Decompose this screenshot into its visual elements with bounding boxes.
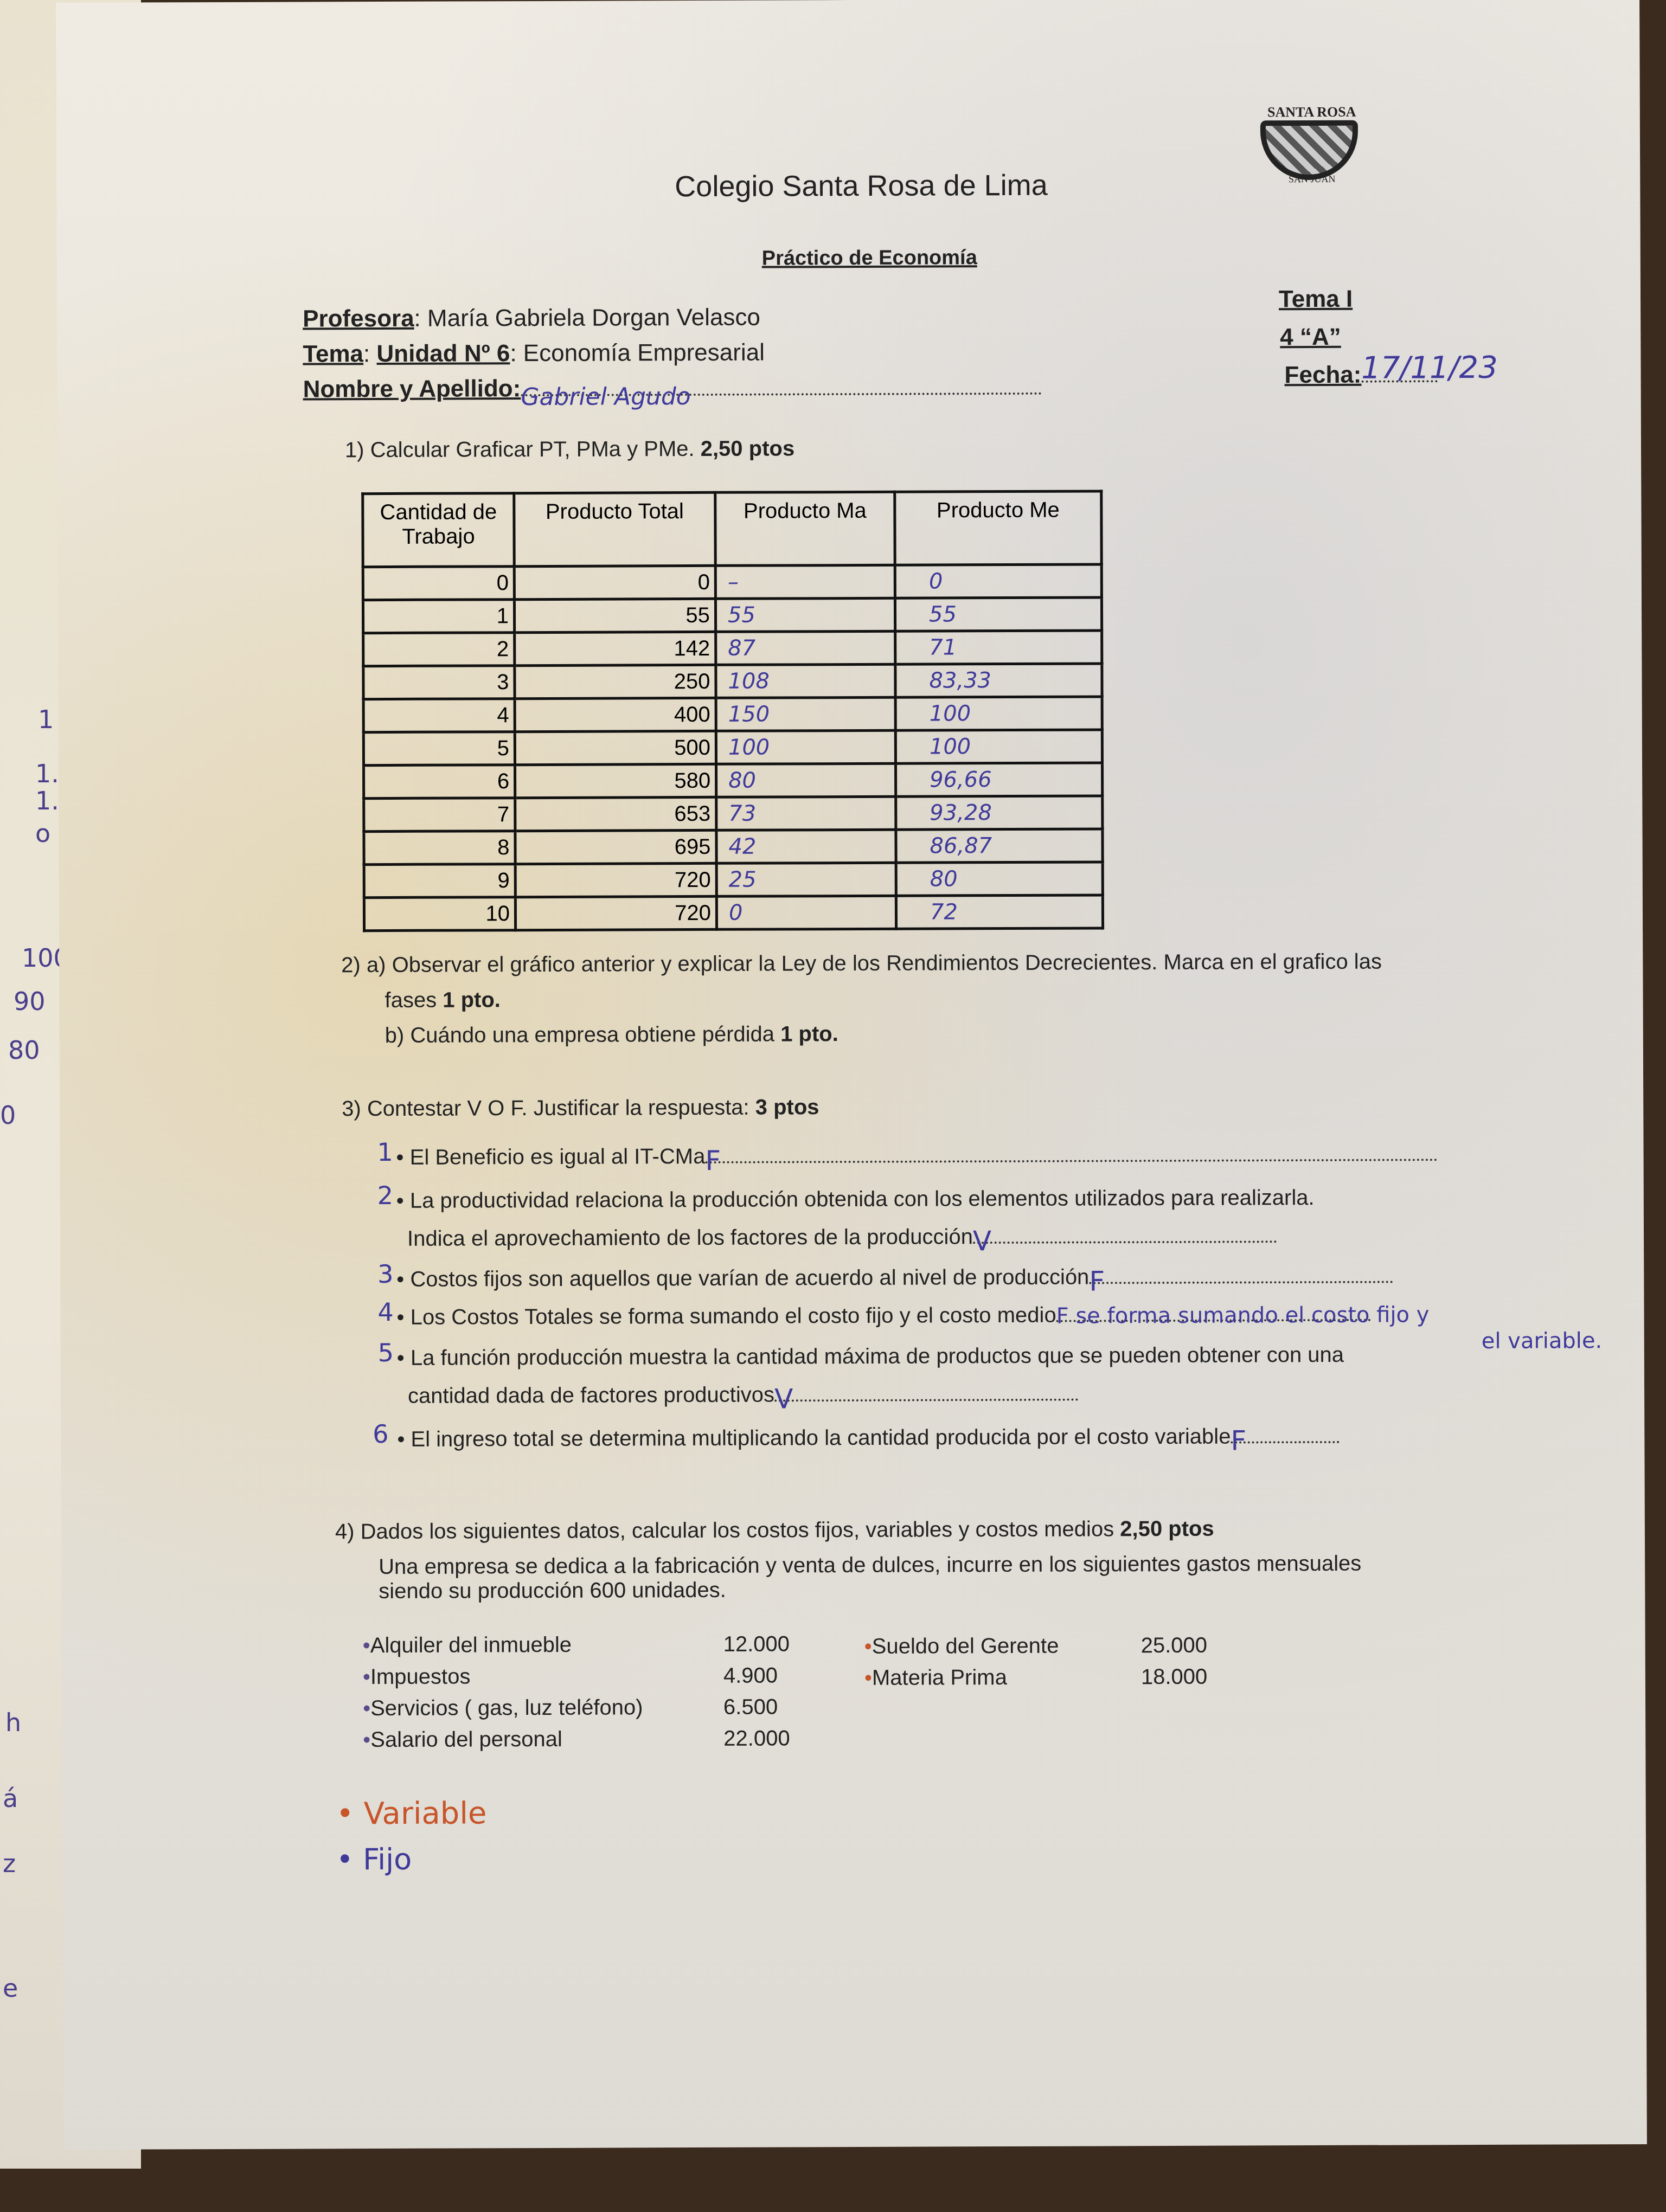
expense-label: •Sueldo del Gerente bbox=[864, 1634, 1059, 1659]
tf-statement-cont: cantidad dada de factores productivosV bbox=[408, 1382, 1078, 1409]
bullet-icon: • bbox=[363, 1696, 370, 1720]
pma-cell: 100 bbox=[716, 730, 895, 764]
margin-note: 1. bbox=[35, 786, 59, 815]
table-row: 21428771 bbox=[363, 631, 1102, 666]
margin-note: 1. bbox=[35, 759, 59, 788]
tema-label: Tema I bbox=[1279, 286, 1353, 313]
teacher-line: Profesora: María Gabriela Dorgan Velasco bbox=[303, 304, 760, 333]
expense-name: Sueldo del Gerente bbox=[872, 1634, 1059, 1658]
q2b: b) Cuándo una empresa obtiene pérdida 1 … bbox=[385, 1022, 838, 1048]
expense-value: 6.500 bbox=[723, 1695, 778, 1719]
margin-note: 1 bbox=[38, 705, 54, 734]
q2b-points: 1 pto. bbox=[780, 1022, 838, 1046]
pt-cell: 500 bbox=[515, 731, 716, 764]
pme-cell: 83,33 bbox=[895, 664, 1102, 697]
margin-note: 90 bbox=[14, 987, 46, 1016]
statement-text: • Los Costos Totales se forma sumando el… bbox=[396, 1303, 1056, 1329]
expense-value: 22.000 bbox=[723, 1726, 790, 1751]
expense-label: •Salario del personal bbox=[363, 1727, 562, 1752]
date-label: Fecha: bbox=[1284, 362, 1361, 388]
statement-text: • El Beneficio es igual al IT-CMa bbox=[396, 1144, 705, 1169]
logo-bottom-text: SAN JUAN bbox=[1271, 173, 1353, 185]
item-number: 6 bbox=[373, 1419, 388, 1449]
table-header-row: Cantidad de Trabajo Producto Total Produ… bbox=[363, 491, 1101, 567]
table-row: 4400150100 bbox=[363, 697, 1102, 732]
pma-cell: 42 bbox=[716, 829, 896, 863]
tf-statement: • El ingreso total se determina multipli… bbox=[397, 1424, 1339, 1452]
labor-cell: 0 bbox=[363, 567, 514, 600]
tf-statement: • La productividad relaciona la producci… bbox=[396, 1186, 1315, 1213]
table-row: 00–0 bbox=[363, 564, 1101, 600]
answer-field[interactable]: F bbox=[705, 1159, 1437, 1163]
q4-line3: siendo su producción 600 unidades. bbox=[379, 1578, 726, 1604]
teacher-name: : María Gabriela Dorgan Velasco bbox=[414, 304, 760, 332]
pt-cell: 400 bbox=[515, 698, 716, 731]
pma-cell: 108 bbox=[716, 664, 895, 698]
pme-cell: 0 bbox=[895, 564, 1101, 598]
date-field[interactable]: 17/11/23 bbox=[1361, 380, 1437, 382]
answer-value: F bbox=[1231, 1425, 1246, 1456]
col-header-pma: Producto Ma bbox=[715, 492, 895, 565]
tf-statement-cont: Indica el aprovechamiento de los factore… bbox=[407, 1224, 1277, 1251]
answer-field[interactable]: V bbox=[774, 1399, 1078, 1402]
logo-top-text: SANTA ROSA bbox=[1249, 104, 1374, 121]
pma-cell: 73 bbox=[716, 796, 896, 830]
margin-note: 80 bbox=[8, 1036, 40, 1065]
expense-name: Servicios ( gas, luz teléfono) bbox=[370, 1695, 643, 1720]
pma-cell: 87 bbox=[716, 631, 895, 665]
table-row: 325010883,33 bbox=[363, 664, 1102, 699]
q2a-points: 1 pto. bbox=[443, 988, 501, 1012]
q3-items: 1• El Beneficio es igual al IT-CMaF2• La… bbox=[56, 0, 1639, 3]
tf-statement: • La función producción muestra la canti… bbox=[397, 1343, 1344, 1371]
q3-title: 3) Contestar V O F. Justificar la respue… bbox=[342, 1095, 819, 1121]
q2b-text: b) Cuándo una empresa obtiene pérdida bbox=[385, 1022, 774, 1047]
pt-cell: 720 bbox=[515, 896, 716, 930]
table-row: 5500100100 bbox=[363, 730, 1102, 766]
tf-statement: • El Beneficio es igual al IT-CMaF bbox=[396, 1142, 1437, 1170]
q4-text: 4) Dados los siguientes datos, calcular … bbox=[335, 1517, 1114, 1544]
answer-value: F bbox=[1089, 1265, 1105, 1297]
col-header-labor: Cantidad de Trabajo bbox=[363, 493, 514, 567]
item-number: 4 bbox=[377, 1297, 393, 1327]
production-table: Cantidad de Trabajo Producto Total Produ… bbox=[361, 490, 1104, 932]
expense-name: Impuestos bbox=[370, 1664, 471, 1689]
expense-value: 4.900 bbox=[723, 1663, 778, 1688]
labor-cell: 9 bbox=[364, 864, 515, 898]
tf-statement: • Los Costos Totales se forma sumando el… bbox=[396, 1302, 1370, 1330]
legend-fijo: • Fijo bbox=[336, 1842, 412, 1876]
bullet-icon: • bbox=[864, 1635, 872, 1658]
pme-cell: 100 bbox=[895, 697, 1102, 730]
q4-title: 4) Dados los siguientes datos, calcular … bbox=[335, 1517, 1214, 1545]
q1-title: 1) Calcular Graficar PT, PMa y PMe. 2,50… bbox=[345, 436, 794, 462]
q4-line2: Una empresa se dedica a la fabricación y… bbox=[379, 1552, 1361, 1579]
pma-cell: 25 bbox=[716, 863, 896, 896]
labor-cell: 5 bbox=[363, 732, 515, 766]
name-value: Gabriel Agudo bbox=[521, 383, 691, 411]
expenses-right: •Sueldo del Gerente25.000•Materia Prima1… bbox=[56, 0, 1639, 3]
date-line: Fecha:17/11/23 bbox=[1284, 361, 1437, 389]
table-row: 97202580 bbox=[364, 862, 1103, 898]
item-number: 2 bbox=[377, 1181, 393, 1210]
pme-cell: 71 bbox=[895, 631, 1102, 664]
legend-variable: • Variable bbox=[336, 1796, 487, 1831]
expense-value: 18.000 bbox=[1141, 1665, 1208, 1689]
course-label: 4 “A” bbox=[1280, 324, 1341, 351]
school-logo: SANTA ROSA SAN JUAN bbox=[1249, 104, 1375, 186]
statement-text: Indica el aprovechamiento de los factore… bbox=[407, 1225, 973, 1251]
answer-value: F bbox=[705, 1145, 721, 1176]
q3-points: 3 ptos bbox=[755, 1095, 819, 1119]
q3-text: 3) Contestar V O F. Justificar la respue… bbox=[342, 1096, 749, 1121]
subject-title: Práctico de Economía bbox=[762, 246, 977, 270]
table-row: 86954286,87 bbox=[364, 829, 1103, 865]
pt-cell: 55 bbox=[514, 599, 715, 632]
col-header-pt: Producto Total bbox=[514, 492, 715, 566]
labor-cell: 1 bbox=[363, 600, 514, 633]
exam-sheet: SANTA ROSA SAN JUAN Colegio Santa Rosa d… bbox=[56, 0, 1647, 2150]
margin-note: o bbox=[35, 819, 50, 848]
pme-cell: 80 bbox=[896, 862, 1103, 896]
pt-cell: 695 bbox=[515, 830, 716, 864]
expense-label: •Materia Prima bbox=[864, 1666, 1007, 1690]
col-header-pme: Producto Me bbox=[895, 491, 1101, 565]
answer-value-cont: el variable. bbox=[1482, 1328, 1603, 1354]
answer-field[interactable]: V bbox=[973, 1240, 1277, 1244]
labor-cell: 2 bbox=[363, 633, 515, 666]
item-number: 1 bbox=[377, 1137, 393, 1167]
table-row: 10720072 bbox=[364, 895, 1103, 931]
answer-field[interactable]: F bbox=[1231, 1441, 1339, 1444]
expense-label: •Alquiler del inmueble bbox=[363, 1633, 572, 1658]
expense-label: •Impuestos bbox=[363, 1664, 471, 1689]
q1-points: 2,50 ptos bbox=[701, 436, 795, 461]
expense-name: Salario del personal bbox=[370, 1727, 562, 1752]
answer-value: F se forma sumando el costo fijo y bbox=[1056, 1302, 1430, 1328]
table-row: 65808096,66 bbox=[364, 763, 1103, 799]
bullet-icon: • bbox=[363, 1728, 370, 1752]
shield-icon bbox=[1260, 120, 1358, 181]
margin-note: á bbox=[3, 1784, 18, 1813]
labor-cell: 4 bbox=[363, 699, 515, 732]
answer-field[interactable]: F se forma sumando el costo fijo y bbox=[1056, 1319, 1371, 1322]
statement-text: • La productividad relaciona la producci… bbox=[396, 1186, 1315, 1213]
pme-cell: 55 bbox=[895, 597, 1101, 631]
answer-value: V bbox=[774, 1383, 793, 1414]
pme-cell: 72 bbox=[896, 895, 1103, 929]
pt-cell: 720 bbox=[515, 863, 716, 897]
item-number: 5 bbox=[378, 1338, 394, 1367]
q1-text: 1) Calcular Graficar PT, PMa y PMe. bbox=[345, 437, 695, 462]
labor-cell: 7 bbox=[364, 798, 515, 832]
pme-cell: 96,66 bbox=[896, 763, 1103, 796]
expense-name: Alquiler del inmueble bbox=[370, 1633, 572, 1657]
school-title: Colegio Santa Rosa de Lima bbox=[675, 169, 1048, 203]
margin-note: 0 bbox=[0, 1101, 16, 1130]
q2a-cont-text: fases bbox=[385, 988, 437, 1012]
unit-label: Unidad Nº 6 bbox=[376, 340, 510, 367]
bullet-icon: • bbox=[864, 1666, 872, 1690]
tf-statement: • Costos fijos son aquellos que varían d… bbox=[396, 1264, 1393, 1292]
topic-value: : Economía Empresarial bbox=[510, 339, 765, 367]
q2a: 2) a) Observar el gráfico anterior y exp… bbox=[341, 950, 1382, 978]
labor-cell: 3 bbox=[363, 666, 515, 699]
expenses-left: •Alquiler del inmueble12.000•Impuestos4.… bbox=[56, 0, 1639, 3]
answer-field[interactable]: F bbox=[1089, 1281, 1393, 1284]
pt-cell: 250 bbox=[515, 665, 716, 698]
expense-value: 25.000 bbox=[1141, 1634, 1208, 1658]
pma-cell: 55 bbox=[715, 598, 895, 632]
bullet-icon: • bbox=[363, 1634, 370, 1657]
teacher-label: Profesora bbox=[303, 305, 414, 332]
statement-text: • La función producción muestra la canti… bbox=[397, 1343, 1344, 1370]
pme-cell: 86,87 bbox=[896, 829, 1103, 863]
name-line: Nombre y Apellido:Gabriel Agudo bbox=[303, 374, 1042, 403]
pma-cell: 0 bbox=[716, 896, 896, 929]
table-row: 76537393,28 bbox=[364, 796, 1103, 832]
labor-cell: 10 bbox=[364, 897, 515, 931]
statement-text: cantidad dada de factores productivos bbox=[408, 1382, 774, 1407]
pme-cell: 100 bbox=[895, 730, 1102, 763]
labor-cell: 8 bbox=[364, 831, 515, 865]
table-row: 1555555 bbox=[363, 597, 1101, 633]
margin-note: z bbox=[3, 1849, 16, 1878]
q2a-cont: fases 1 pto. bbox=[385, 988, 501, 1013]
name-label: Nombre y Apellido: bbox=[303, 375, 521, 402]
expense-name: Materia Prima bbox=[872, 1666, 1007, 1690]
pt-cell: 653 bbox=[515, 797, 716, 831]
pt-cell: 142 bbox=[515, 632, 716, 665]
date-value: 17/11/23 bbox=[1361, 350, 1498, 386]
pme-cell: 93,28 bbox=[896, 796, 1103, 829]
statement-text: • El ingreso total se determina multipli… bbox=[397, 1425, 1231, 1451]
margin-note: h bbox=[5, 1708, 21, 1737]
name-field[interactable]: Gabriel Agudo bbox=[521, 393, 1041, 396]
item-number: 3 bbox=[377, 1259, 393, 1289]
bullet-icon: • bbox=[363, 1665, 370, 1689]
expense-value: 12.000 bbox=[723, 1632, 790, 1656]
pt-cell: 580 bbox=[515, 764, 716, 798]
pma-cell: 150 bbox=[716, 697, 895, 731]
pma-cell: 80 bbox=[716, 763, 896, 797]
pma-cell: – bbox=[715, 565, 895, 599]
statement-text: • Costos fijos son aquellos que varían d… bbox=[396, 1265, 1089, 1291]
topic-label: Tema bbox=[303, 340, 363, 367]
pt-cell: 0 bbox=[514, 565, 715, 599]
topic-line: Tema: Unidad Nº 6: Economía Empresarial bbox=[303, 339, 765, 368]
q4-points: 2,50 ptos bbox=[1120, 1517, 1214, 1541]
expense-label: •Servicios ( gas, luz teléfono) bbox=[363, 1695, 643, 1721]
margin-note: e bbox=[3, 1973, 18, 2003]
labor-cell: 6 bbox=[364, 765, 515, 799]
answer-value: V bbox=[973, 1225, 991, 1257]
